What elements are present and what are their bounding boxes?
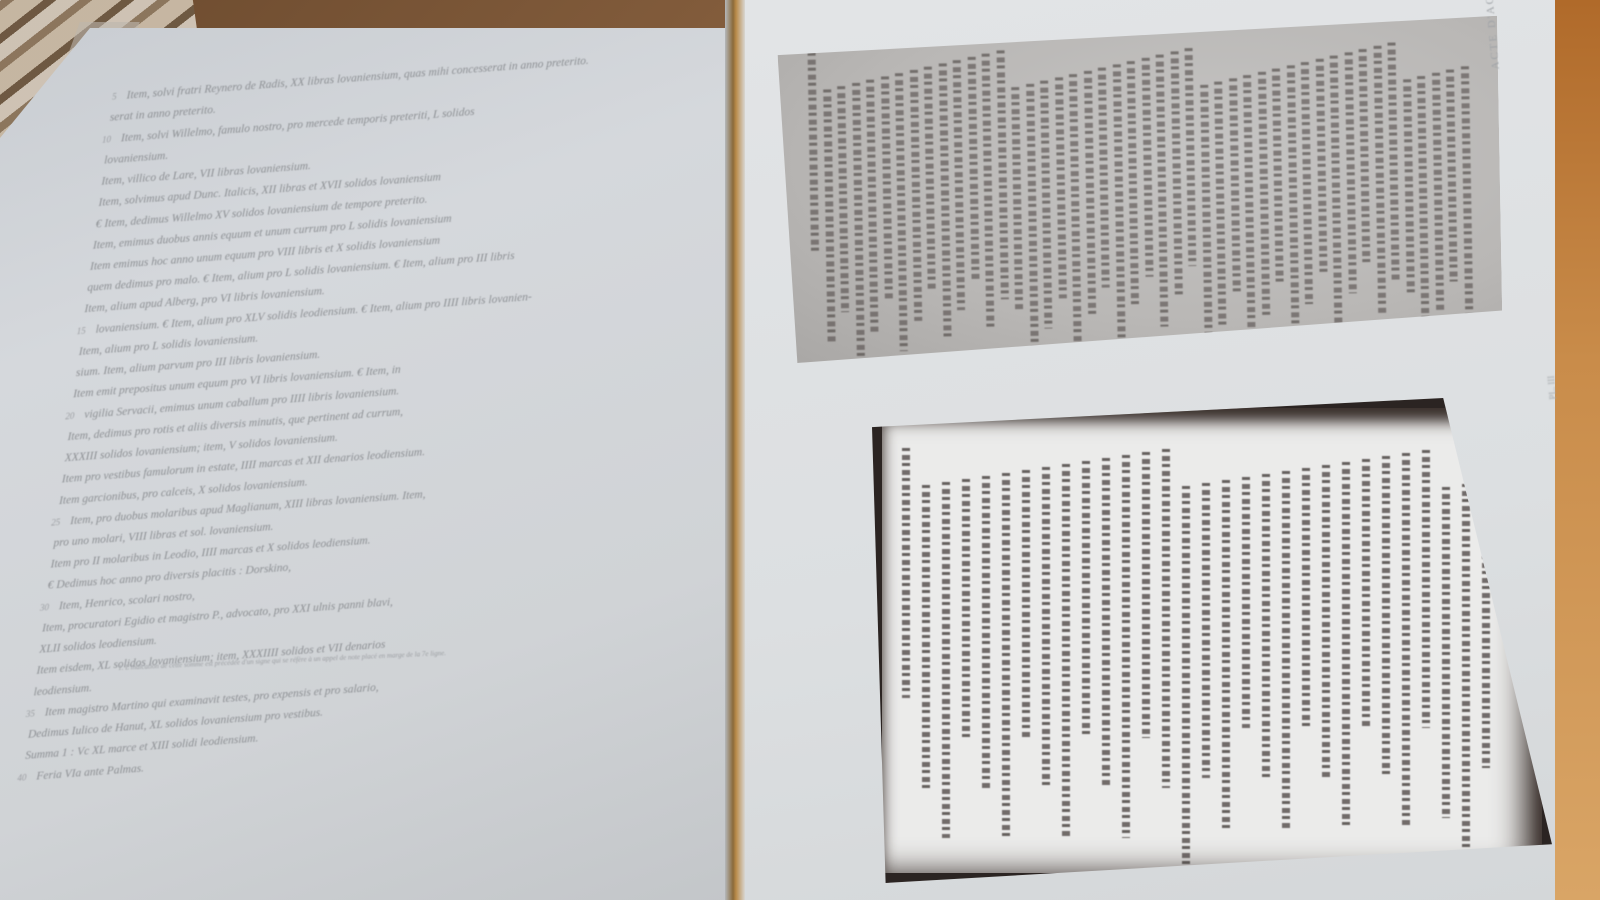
handwriting-line xyxy=(1170,51,1182,296)
handwriting-line xyxy=(1446,70,1458,282)
line-number: 15 xyxy=(63,320,86,343)
line-number: 40 xyxy=(4,767,27,790)
handwriting-line xyxy=(1026,84,1039,359)
handwriting-line xyxy=(1242,477,1250,728)
left-page: 5Item, solvi fratri Reynero de Radis, XX… xyxy=(0,28,725,900)
handwriting-line xyxy=(1200,85,1213,356)
handwriting-line xyxy=(1142,452,1150,738)
handwriting-line xyxy=(895,73,908,351)
line-number: 20 xyxy=(52,405,75,428)
handwriting-line xyxy=(1122,455,1130,838)
handwriting-line xyxy=(1222,480,1230,828)
handwriting-line xyxy=(953,60,965,310)
handwriting-line xyxy=(1082,461,1090,738)
account-text: 5Item, solvi fratri Reynero de Radis, XX… xyxy=(74,48,633,785)
handwriting-line xyxy=(1422,450,1430,728)
handwriting-line xyxy=(924,67,936,291)
manuscript-plate-top xyxy=(777,16,1503,364)
handwriting-line xyxy=(1042,467,1050,788)
handwriting-line xyxy=(1162,449,1170,788)
handwriting-line xyxy=(1322,465,1330,778)
handwriting-line xyxy=(1402,453,1410,828)
handwriting-line xyxy=(1442,487,1450,818)
handwriting-line xyxy=(1214,82,1226,326)
handwriting-line xyxy=(1002,473,1010,838)
handwriting-line xyxy=(1286,65,1299,334)
handwriting-line xyxy=(808,53,819,253)
handwriting-line xyxy=(922,485,930,788)
handwriting-line xyxy=(909,70,921,321)
handwriting-line xyxy=(852,83,865,362)
manuscript-plate-bottom xyxy=(872,398,1552,883)
handwriting-line xyxy=(1022,470,1030,738)
handwriting-line xyxy=(1373,46,1386,313)
handwriting-line xyxy=(1344,52,1356,293)
handwriting-line xyxy=(1417,76,1430,342)
handwriting-line xyxy=(1229,78,1241,295)
handwriting-line xyxy=(1040,81,1052,329)
handwriting-line xyxy=(1141,58,1153,277)
handwriting-line xyxy=(1098,68,1110,288)
handwriting-line xyxy=(1301,62,1313,304)
handwriting-line xyxy=(866,80,878,332)
handwriting-line xyxy=(1382,456,1390,778)
plate-number: PL. III xyxy=(1546,375,1558,400)
handwriting-line xyxy=(1282,471,1290,828)
handwriting-line xyxy=(1272,69,1284,285)
handwriting-line xyxy=(1257,72,1269,315)
handwriting-line xyxy=(1102,458,1110,788)
handwriting-line xyxy=(1362,459,1370,728)
handwriting-line xyxy=(1403,79,1415,292)
line-number: 35 xyxy=(13,703,36,726)
handwriting-line xyxy=(938,63,951,340)
handwriting-line xyxy=(1387,43,1399,283)
handwriting-line xyxy=(1432,73,1444,312)
handwriting-line xyxy=(1460,66,1473,331)
handwriting-line xyxy=(1302,468,1310,728)
handwriting-line xyxy=(1069,74,1082,348)
handwriting-line xyxy=(1182,486,1190,878)
handwriting-line xyxy=(962,479,970,738)
handwriting-line xyxy=(1262,474,1270,778)
handwriting-line xyxy=(1185,48,1197,266)
handwriting-line xyxy=(1011,87,1023,309)
handwriting-line xyxy=(942,482,950,838)
line-number: 30 xyxy=(27,597,50,620)
handwriting-line xyxy=(823,89,835,342)
handwriting-line xyxy=(902,448,910,698)
handwriting-line xyxy=(837,86,849,312)
handwriting-line xyxy=(1083,71,1095,318)
line-number: 5 xyxy=(94,86,117,109)
handwriting-line xyxy=(1330,56,1343,324)
handwriting-line xyxy=(1127,61,1139,307)
handwriting-line xyxy=(1359,49,1371,263)
handwriting-line xyxy=(1112,64,1125,337)
handwriting-line xyxy=(996,50,1008,299)
handwriting-line xyxy=(1156,55,1169,327)
handwriting-line xyxy=(1055,77,1067,298)
handwriting-line xyxy=(1202,483,1210,778)
handwriting-line xyxy=(1462,484,1470,868)
handwriting-line xyxy=(1062,464,1070,838)
line-number: 25 xyxy=(38,512,61,535)
handwriting-line xyxy=(1342,462,1350,828)
handwriting-line xyxy=(982,54,995,330)
handwriting-line xyxy=(1315,59,1327,274)
handwriting-line xyxy=(880,76,892,301)
handwriting-line xyxy=(982,476,990,788)
handwriting-line xyxy=(1243,75,1256,345)
handwriting-line xyxy=(967,57,979,280)
book-gutter xyxy=(725,0,745,900)
line-number: 10 xyxy=(89,129,112,152)
